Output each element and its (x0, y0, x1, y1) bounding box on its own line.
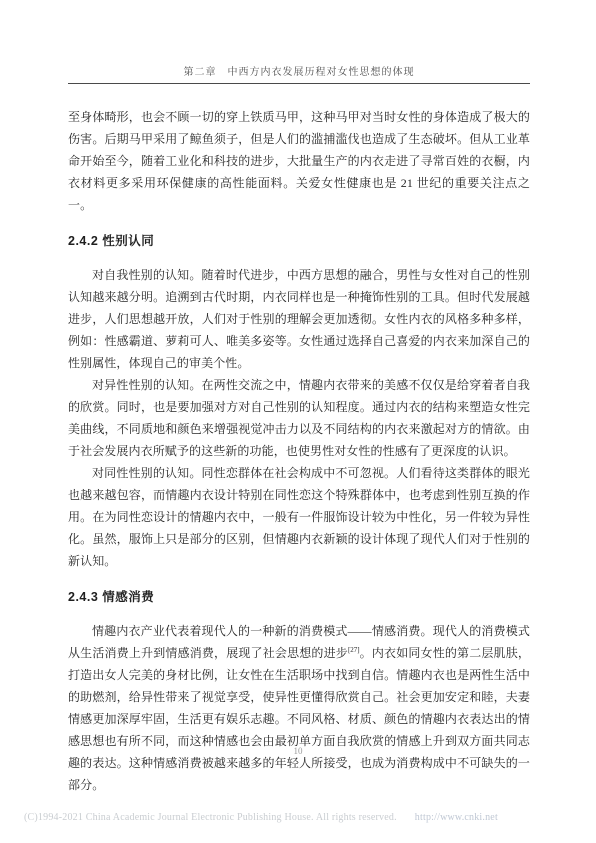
chapter-header: 第二章 中西方内衣发展历程对女性思想的体现 (68, 0, 530, 78)
body-paragraph: 对异性性别的认知。在两性交流之中，情趣内衣带来的美感不仅仅是给穿着者自我的欣赏。… (68, 374, 530, 462)
footer-copyright: (C)1994-2021 China Academic Journal Elec… (24, 812, 397, 823)
footer-url: http://www.cnki.net (415, 812, 498, 823)
section-heading: 2.4.2 性别认同 (68, 231, 530, 249)
body-paragraph: 至身体畸形，也会不顾一切的穿上铁质马甲，这种马甲对当时女性的身体造成了极大的伤害… (68, 106, 530, 216)
body-paragraph: 情趣内衣产业代表着现代人的一种新的消费模式——情感消费。现代人的消费模式从生活消… (68, 620, 530, 796)
body-paragraph: 对同性性别的认知。同性恋群体在社会构成中不可忽视。人们看待这类群体的眼光也越来越… (68, 462, 530, 572)
content-blocks: 至身体畸形，也会不顾一切的穿上铁质马甲，这种马甲对当时女性的身体造成了极大的伤害… (68, 106, 530, 796)
section-heading: 2.4.3 情感消费 (68, 587, 530, 605)
body-paragraph: 对自我性别的认知。随着时代进步，中西方思想的融合，男性与女性对自己的性别认知越来… (68, 264, 530, 374)
document-footer: (C)1994-2021 China Academic Journal Elec… (24, 812, 576, 823)
page-number: 10 (0, 746, 596, 756)
document-page: 第二章 中西方内衣发展历程对女性思想的体现 至身体畸形，也会不顾一切的穿上铁质马… (0, 0, 596, 843)
header-rule (68, 83, 530, 84)
citation-superscript: [27] (348, 646, 360, 654)
